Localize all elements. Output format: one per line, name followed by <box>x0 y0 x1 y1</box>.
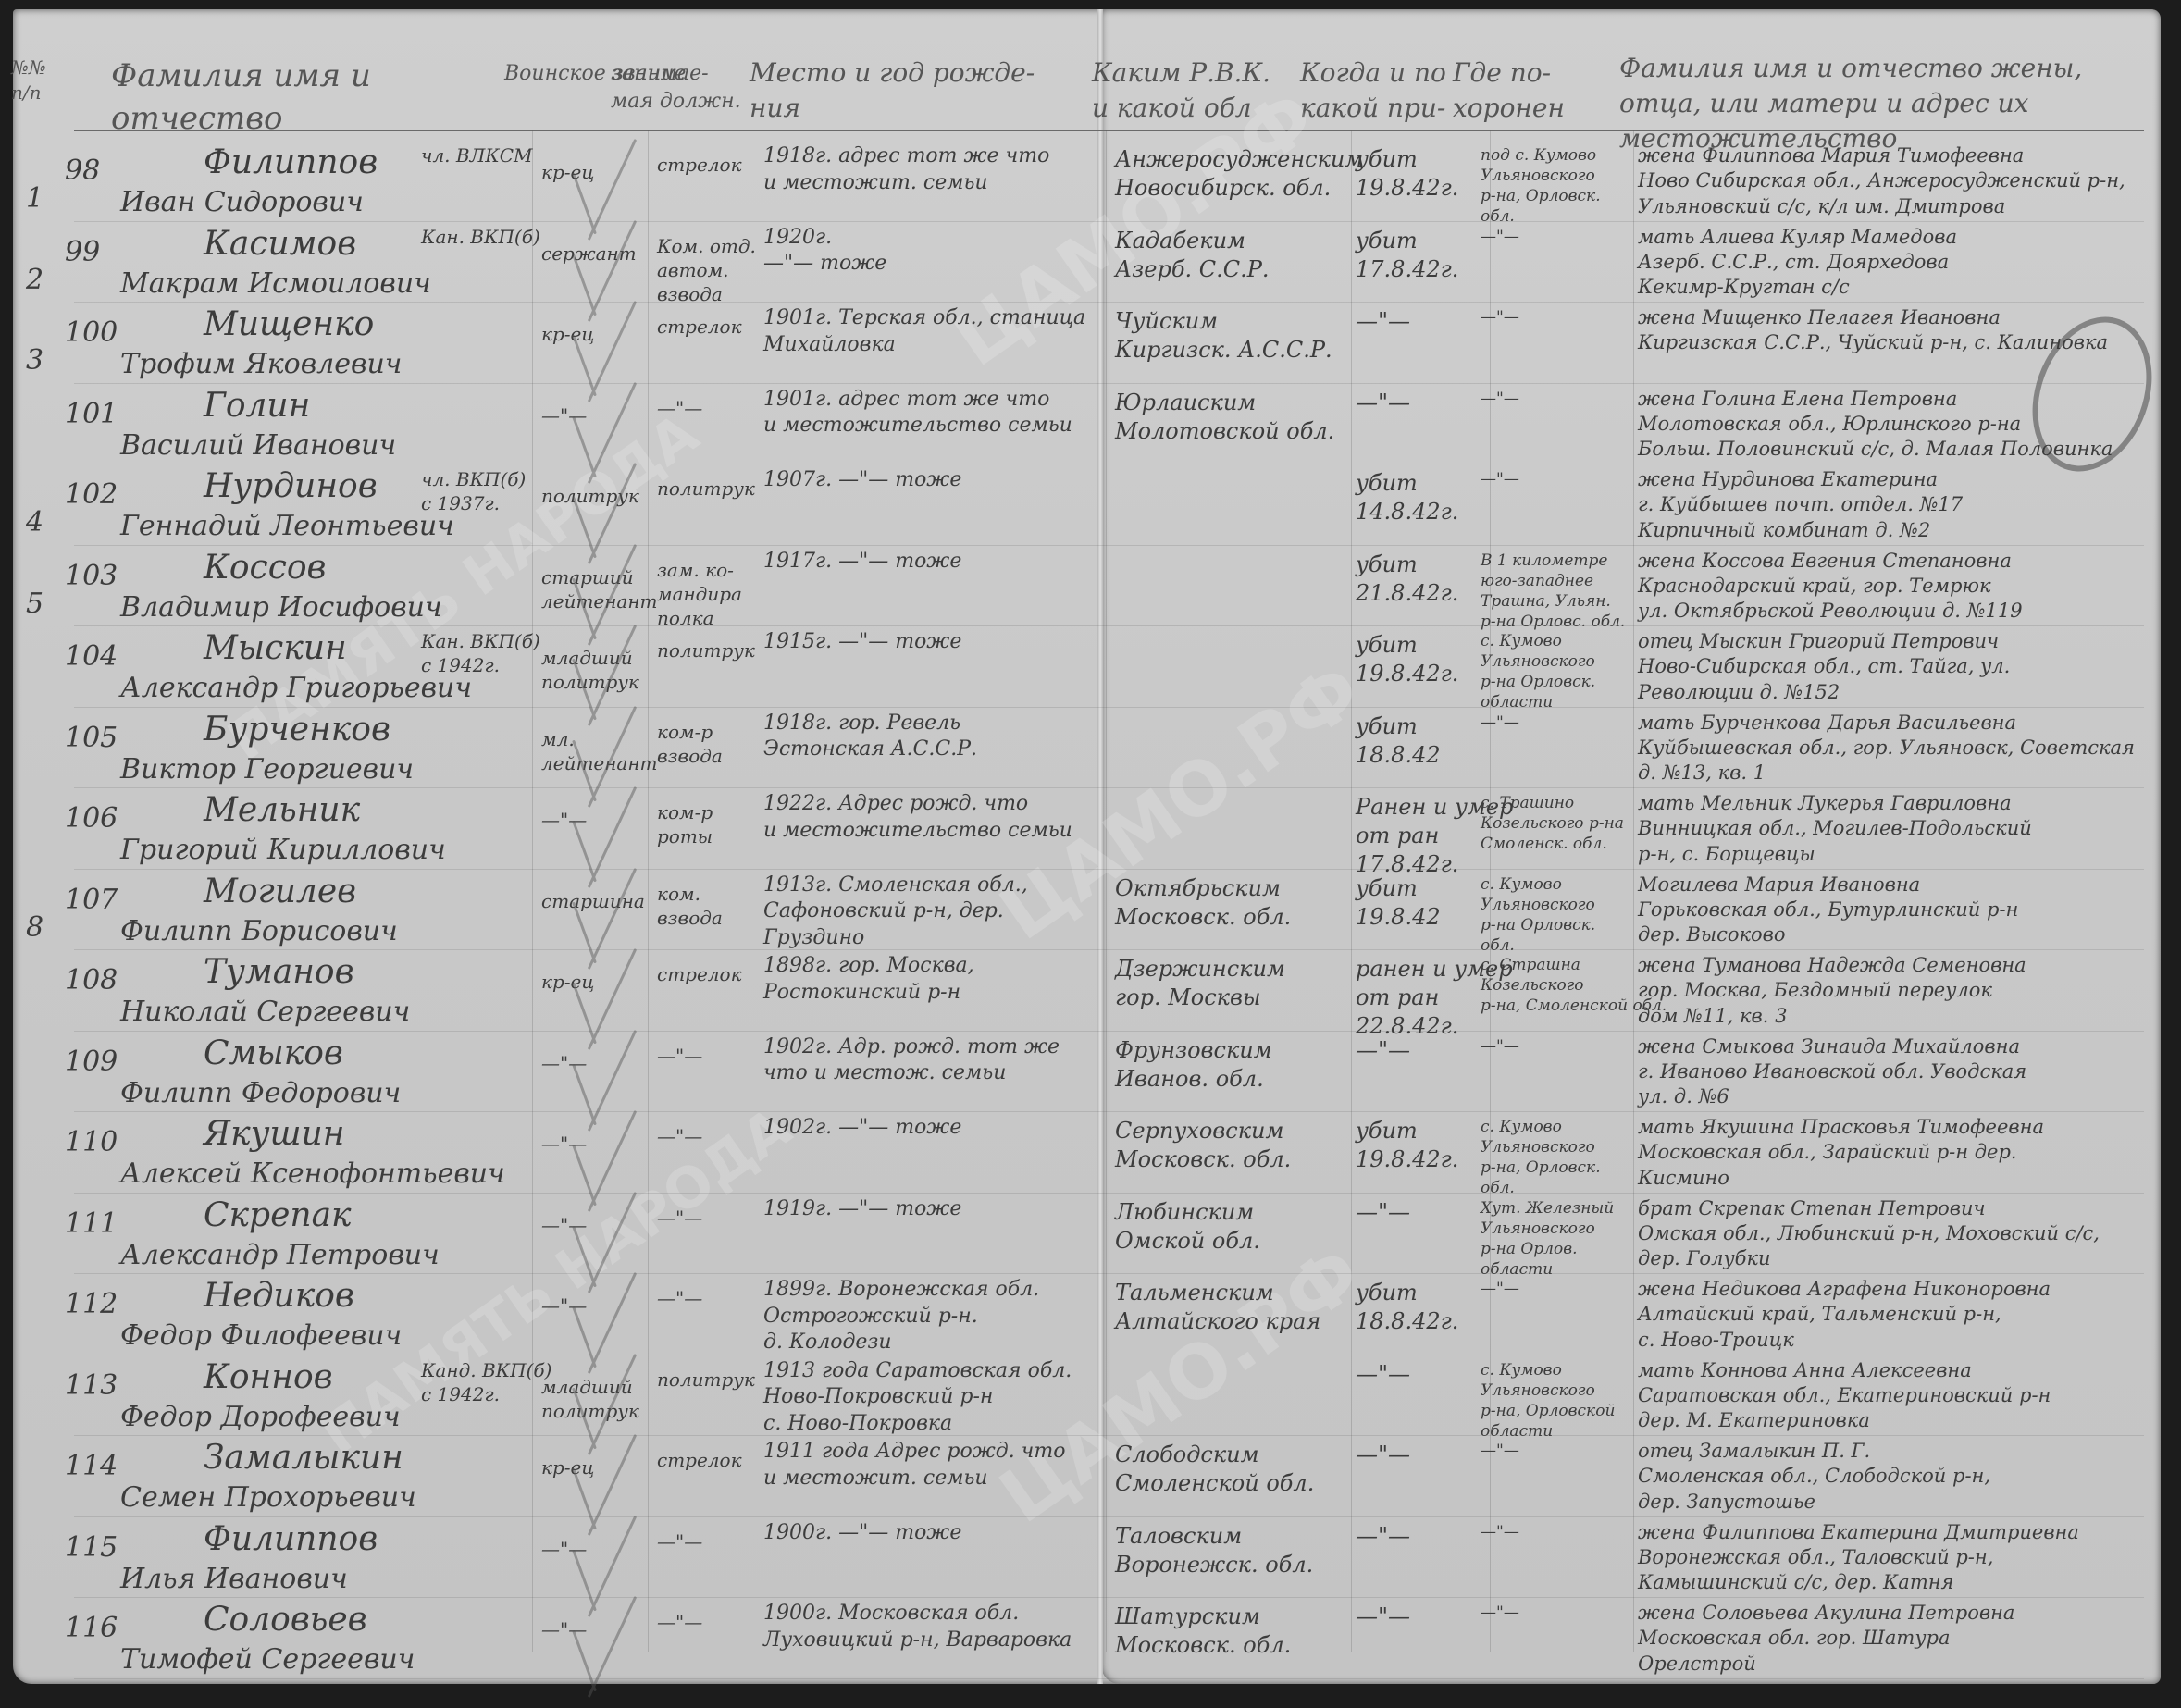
row-divider <box>74 1678 2144 1679</box>
row-divider <box>74 625 2144 626</box>
row-divider <box>74 1031 2144 1032</box>
given-names: Иван Сидорович <box>120 184 364 220</box>
birth-info: 1918г. гор. Ревель Эстонская А.С.С.Р. <box>763 711 1097 763</box>
surname: Коссов <box>204 547 327 590</box>
surname: Могилев <box>204 871 356 914</box>
entry-number: 114 <box>65 1448 118 1484</box>
given-names: Василий Иванович <box>120 427 396 464</box>
burial-place: —"— <box>1481 1441 1519 1461</box>
header-col-birth: Место и год рожде- ния <box>750 56 1035 126</box>
birth-info: 1920г. —"— тоже <box>763 225 1097 278</box>
birth-info: 1919г. —"— тоже <box>763 1196 1097 1223</box>
party-membership: чл. ВКП(б) с 1937г. <box>421 467 526 515</box>
header-col-position: занимае- мая должн. <box>611 60 741 115</box>
fate: убит 14.8.42г. <box>1356 469 1458 526</box>
row-divider <box>74 383 2144 384</box>
relative-info: жена Филиппова Мария Тимофеевна Ново Сиб… <box>1638 143 2142 219</box>
position: ком. взвода <box>657 882 723 930</box>
given-names: Федор Филофеевич <box>120 1318 402 1354</box>
fate: —"— <box>1356 1441 1410 1469</box>
relative-info: отец Замалыкин П. Г. Смоленская обл., Сл… <box>1638 1439 2142 1515</box>
birth-info: 1900г. —"— тоже <box>763 1520 1097 1547</box>
position: —"— <box>657 1286 702 1310</box>
party-membership: Кан. ВКП(б) <box>421 225 540 249</box>
entry-number: 101 <box>65 396 118 432</box>
entry-number: 99 <box>65 234 100 270</box>
entry-number: 100 <box>65 315 118 351</box>
relative-info: брат Скрепак Степан Петрович Омская обл.… <box>1638 1196 2142 1272</box>
given-names: Александр Петрович <box>120 1237 440 1273</box>
birth-info: 1913 года Саратовская обл. Ново-Покровск… <box>763 1358 1097 1438</box>
position: стрелок <box>657 962 742 986</box>
fate: —"— <box>1356 1603 1410 1631</box>
rvk: Любинским Омской обл. <box>1115 1198 1260 1256</box>
header-col-name: Фамилия имя и отчество <box>111 56 371 141</box>
surname: Касимов <box>204 223 356 266</box>
entry-number: 98 <box>65 153 100 189</box>
position: —"— <box>657 1124 702 1148</box>
relative-info: жена Смыкова Зинаида Михайловна г. Ивано… <box>1638 1034 2142 1110</box>
position: ком-р взвода <box>657 720 723 768</box>
burial-place: с. Кумово Ульяновского р-на, Орловск. об… <box>1481 1117 1601 1198</box>
position: политрук <box>657 638 755 662</box>
birth-info: 1922г. Адрес рожд. что и местожительство… <box>763 791 1097 844</box>
fate: убит 17.8.42г. <box>1356 227 1458 284</box>
pencil-checkmark-icon <box>564 1591 638 1702</box>
rvk: Тальменским Алтайского края <box>1115 1279 1320 1336</box>
rvk: Юрлаиским Молотовской обл. <box>1115 389 1334 446</box>
surname: Замалыкин <box>204 1437 403 1480</box>
burial-place: —"— <box>1481 227 1519 247</box>
entry-number: 106 <box>65 800 118 836</box>
row-divider <box>74 707 2144 708</box>
entry-number: 105 <box>65 720 118 756</box>
header-col-number: №№ п/п <box>11 56 46 105</box>
relative-info: жена Филиппова Екатерина Дмитриевна Воро… <box>1638 1520 2142 1596</box>
rvk: Фрунзовским Иванов. обл. <box>1115 1036 1272 1094</box>
surname: Соловьев <box>204 1599 367 1642</box>
entry-number: 111 <box>65 1206 118 1242</box>
given-names: Семен Прохорьевич <box>120 1479 416 1516</box>
burial-place: —"— <box>1481 712 1519 733</box>
birth-info: 1899г. Воронежская обл. Острогожский р-н… <box>763 1277 1097 1356</box>
given-names: Геннадий Леонтьевич <box>120 508 454 544</box>
row-divider <box>74 869 2144 870</box>
relative-info: мать Коннова Анна Алексеевна Саратовская… <box>1638 1358 2142 1434</box>
side-number: 1 <box>26 180 43 217</box>
fate: —"— <box>1356 1198 1410 1227</box>
fate: —"— <box>1356 1360 1410 1389</box>
relative-info: жена Коссова Евгения Степановна Краснода… <box>1638 549 2142 625</box>
position: ком-р роты <box>657 800 713 848</box>
row-divider <box>74 949 2144 950</box>
birth-info: 1900г. Московская обл. Луховицкий р-н, В… <box>763 1601 1097 1653</box>
surname: Мельник <box>204 789 360 833</box>
position: стрелок <box>657 1448 742 1472</box>
entry-number: 112 <box>65 1286 118 1322</box>
burial-place: В 1 километре юго-западнее Трашна, Ульян… <box>1481 551 1625 632</box>
row-divider <box>74 1435 2144 1436</box>
relative-info: жена Туманова Надежда Семеновна гор. Мос… <box>1638 953 2142 1029</box>
rvk: Дзержинским гор. Москвы <box>1115 955 1285 1012</box>
column-divider <box>648 130 649 1652</box>
fate: убит 18.8.42 <box>1356 712 1441 770</box>
row-divider <box>74 221 2144 222</box>
entry-number: 104 <box>65 638 118 675</box>
side-number: 8 <box>26 910 43 946</box>
fate: убит 18.8.42г. <box>1356 1279 1458 1336</box>
given-names: Александр Григорьевич <box>120 670 472 706</box>
side-number: 3 <box>26 342 43 378</box>
rvk: Чуйским Киргизск. А.С.С.Р. <box>1115 307 1332 365</box>
given-names: Филипп Борисович <box>120 913 398 949</box>
birth-info: 1898г. гор. Москва, Ростокинский р-н <box>763 953 1097 1006</box>
row-divider <box>74 1193 2144 1194</box>
entry-number: 102 <box>65 477 118 513</box>
burial-place: Хут. Железный Ульяновского р-на Орлов. о… <box>1481 1198 1614 1280</box>
party-membership: чл. ВЛКСМ <box>421 143 533 167</box>
relative-info: жена Недикова Аграфена Никоноровна Алтай… <box>1638 1277 2142 1353</box>
surname: Коннов <box>204 1356 333 1400</box>
birth-info: 1911 года Адрес рожд. что и местожит. се… <box>763 1439 1097 1491</box>
given-names: Илья Иванович <box>120 1561 348 1597</box>
fate: —"— <box>1356 389 1410 417</box>
relative-info: Могилева Мария Ивановна Горьковская обл.… <box>1638 873 2142 948</box>
party-membership: Канд. ВКП(б) с 1942г. <box>421 1358 551 1406</box>
header-col-burial: Где по- хоронен <box>1453 56 1565 126</box>
position: —"— <box>657 396 702 420</box>
row-divider <box>74 464 2144 464</box>
relative-info: мать Якушина Прасковья Тимофеевна Москов… <box>1638 1115 2142 1191</box>
row-divider <box>74 302 2144 303</box>
relative-info: мать Бурченкова Дарья Васильевна Куйбыше… <box>1638 711 2142 786</box>
given-names: Николай Сергеевич <box>120 994 410 1030</box>
row-divider <box>74 1355 2144 1355</box>
birth-info: 1917г. —"— тоже <box>763 549 1097 576</box>
entry-number: 108 <box>65 962 118 998</box>
fate: убит 19.8.42г. <box>1356 145 1458 203</box>
relative-info: жена Соловьева Акулина Петровна Московск… <box>1638 1601 2142 1677</box>
column-divider <box>750 130 750 1652</box>
given-names: Филипп Федорович <box>120 1075 401 1111</box>
column-divider <box>532 130 533 1652</box>
relative-info: отец Мыскин Григорий Петрович Ново-Сибир… <box>1638 629 2142 705</box>
rvk: Анжеросудженским Новосибирск. обл. <box>1115 145 1363 203</box>
surname: Нурдинов <box>204 465 378 509</box>
position: политрук <box>657 477 755 501</box>
surname: Мищенко <box>204 303 374 347</box>
rvk: Таловским Воронежск. обл. <box>1115 1522 1313 1579</box>
burial-place: под с. Кумово Ульяновского р-на, Орловск… <box>1481 145 1601 227</box>
birth-info: 1907г. —"— тоже <box>763 467 1097 494</box>
entry-number: 103 <box>65 558 118 594</box>
birth-info: 1901г. адрес тот же что и местожительств… <box>763 387 1097 439</box>
fate: убит 19.8.42 <box>1356 874 1441 932</box>
birth-info: 1901г. Терская обл., станица Михайловка <box>763 305 1097 358</box>
fate: убит 19.8.42г. <box>1356 1117 1458 1174</box>
burial-place: —"— <box>1481 1036 1519 1057</box>
header-col-when: Когда и по какой при- <box>1300 56 1446 126</box>
rvk: Кадабеким Азерб. С.С.Р. <box>1115 227 1270 284</box>
row-divider <box>74 787 2144 788</box>
burial-place: —"— <box>1481 1522 1519 1542</box>
surname: Бурченков <box>204 709 390 752</box>
given-names: Владимир Иосифович <box>120 589 442 625</box>
entry-number: 115 <box>65 1529 118 1566</box>
birth-info: 1918г. адрес тот же что и местожит. семь… <box>763 143 1097 196</box>
fate: убит 21.8.42г. <box>1356 551 1458 608</box>
rvk: Шатурским Московск. обл. <box>1115 1603 1291 1660</box>
row-divider <box>74 1516 2144 1517</box>
row-divider <box>74 545 2144 546</box>
surname: Якушин <box>204 1113 344 1157</box>
burial-place: —"— <box>1481 469 1519 489</box>
side-number: 5 <box>26 586 43 622</box>
surname: Мыскин <box>204 627 347 671</box>
surname: Голин <box>204 385 310 428</box>
surname: Смыков <box>204 1033 343 1076</box>
position: зам. ко- мандира полка <box>657 558 742 630</box>
burial-place: —"— <box>1481 1279 1519 1299</box>
entry-number: 107 <box>65 882 118 918</box>
relative-info: жена Мищенко Пелагея Ивановна Киргизская… <box>1638 305 2142 356</box>
entry-number: 113 <box>65 1368 118 1404</box>
burial-place: с. Кумово Ульяновского р-на Орловск. обл… <box>1481 631 1595 712</box>
row-divider <box>74 1597 2144 1598</box>
burial-place: —"— <box>1481 1603 1519 1623</box>
surname: Скрепак <box>204 1194 352 1238</box>
position: Ком. отд. автом. взвода <box>657 234 756 306</box>
fate: —"— <box>1356 1522 1410 1551</box>
entry-number: 116 <box>65 1610 118 1646</box>
position: —"— <box>657 1044 702 1068</box>
relative-info: жена Нурдинова Екатерина г. Куйбышев поч… <box>1638 467 2142 543</box>
position: политрук <box>657 1368 755 1392</box>
surname: Туманов <box>204 951 354 995</box>
rvk: Октябрьским Московск. обл. <box>1115 874 1291 932</box>
party-membership: Кан. ВКП(б) с 1942г. <box>421 629 540 677</box>
header-col-relatives: Фамилия имя и отчество жены, отца, или м… <box>1619 51 2082 155</box>
position: —"— <box>657 1529 702 1553</box>
rvk: Серпуховским Московск. обл. <box>1115 1117 1291 1174</box>
birth-info: 1915г. —"— тоже <box>763 629 1097 656</box>
given-names: Алексей Ксенофонтьевич <box>120 1156 505 1192</box>
fate: —"— <box>1356 1036 1410 1065</box>
surname: Филиппов <box>204 1518 378 1562</box>
fate: —"— <box>1356 307 1410 336</box>
position: стрелок <box>657 315 742 339</box>
given-names: Тимофей Сергеевич <box>120 1641 415 1677</box>
burial-place: —"— <box>1481 389 1519 409</box>
birth-info: 1902г. Адр. рожд. тот же что и местож. с… <box>763 1034 1097 1087</box>
relative-info: мать Алиева Куляр Мамедова Азерб. С.С.Р.… <box>1638 225 2142 301</box>
entry-number: 110 <box>65 1124 118 1160</box>
given-names: Григорий Кириллович <box>120 832 446 868</box>
burial-place: с. Трашино Козельского р-на Смоленск. об… <box>1481 793 1624 854</box>
surname: Филиппов <box>204 142 378 185</box>
burial-place: с. Кумово Ульяновского р-на, Орловской о… <box>1481 1360 1615 1442</box>
position: стрелок <box>657 153 742 177</box>
position: —"— <box>657 1610 702 1634</box>
surname: Недиков <box>204 1275 354 1318</box>
entry-number: 109 <box>65 1044 118 1080</box>
burial-place: —"— <box>1481 307 1519 328</box>
birth-info: 1913г. Смоленская обл., Сафоновский р-н,… <box>763 873 1097 952</box>
column-divider <box>1351 130 1352 1652</box>
row-divider <box>74 1111 2144 1112</box>
position: —"— <box>657 1206 702 1230</box>
fate: убит 19.8.42г. <box>1356 631 1458 688</box>
side-number: 4 <box>26 504 43 540</box>
row-divider <box>74 1273 2144 1274</box>
given-names: Виктор Георгиевич <box>120 751 414 787</box>
side-number: 2 <box>26 262 43 298</box>
birth-info: 1902г. —"— тоже <box>763 1115 1097 1142</box>
relative-info: жена Голина Елена Петровна Молотовская о… <box>1638 387 2142 463</box>
given-names: Макрам Исмоилович <box>120 266 431 302</box>
rvk: Слободским Смоленской обл. <box>1115 1441 1314 1498</box>
given-names: Федор Дорофеевич <box>120 1399 401 1435</box>
column-divider <box>1633 130 1634 1652</box>
relative-info: мать Мельник Лукерья Гавриловна Винницка… <box>1638 791 2142 867</box>
burial-place: с. Кумово Ульяновского р-на Орловск. обл… <box>1481 874 1595 956</box>
given-names: Трофим Яковлевич <box>120 346 402 382</box>
